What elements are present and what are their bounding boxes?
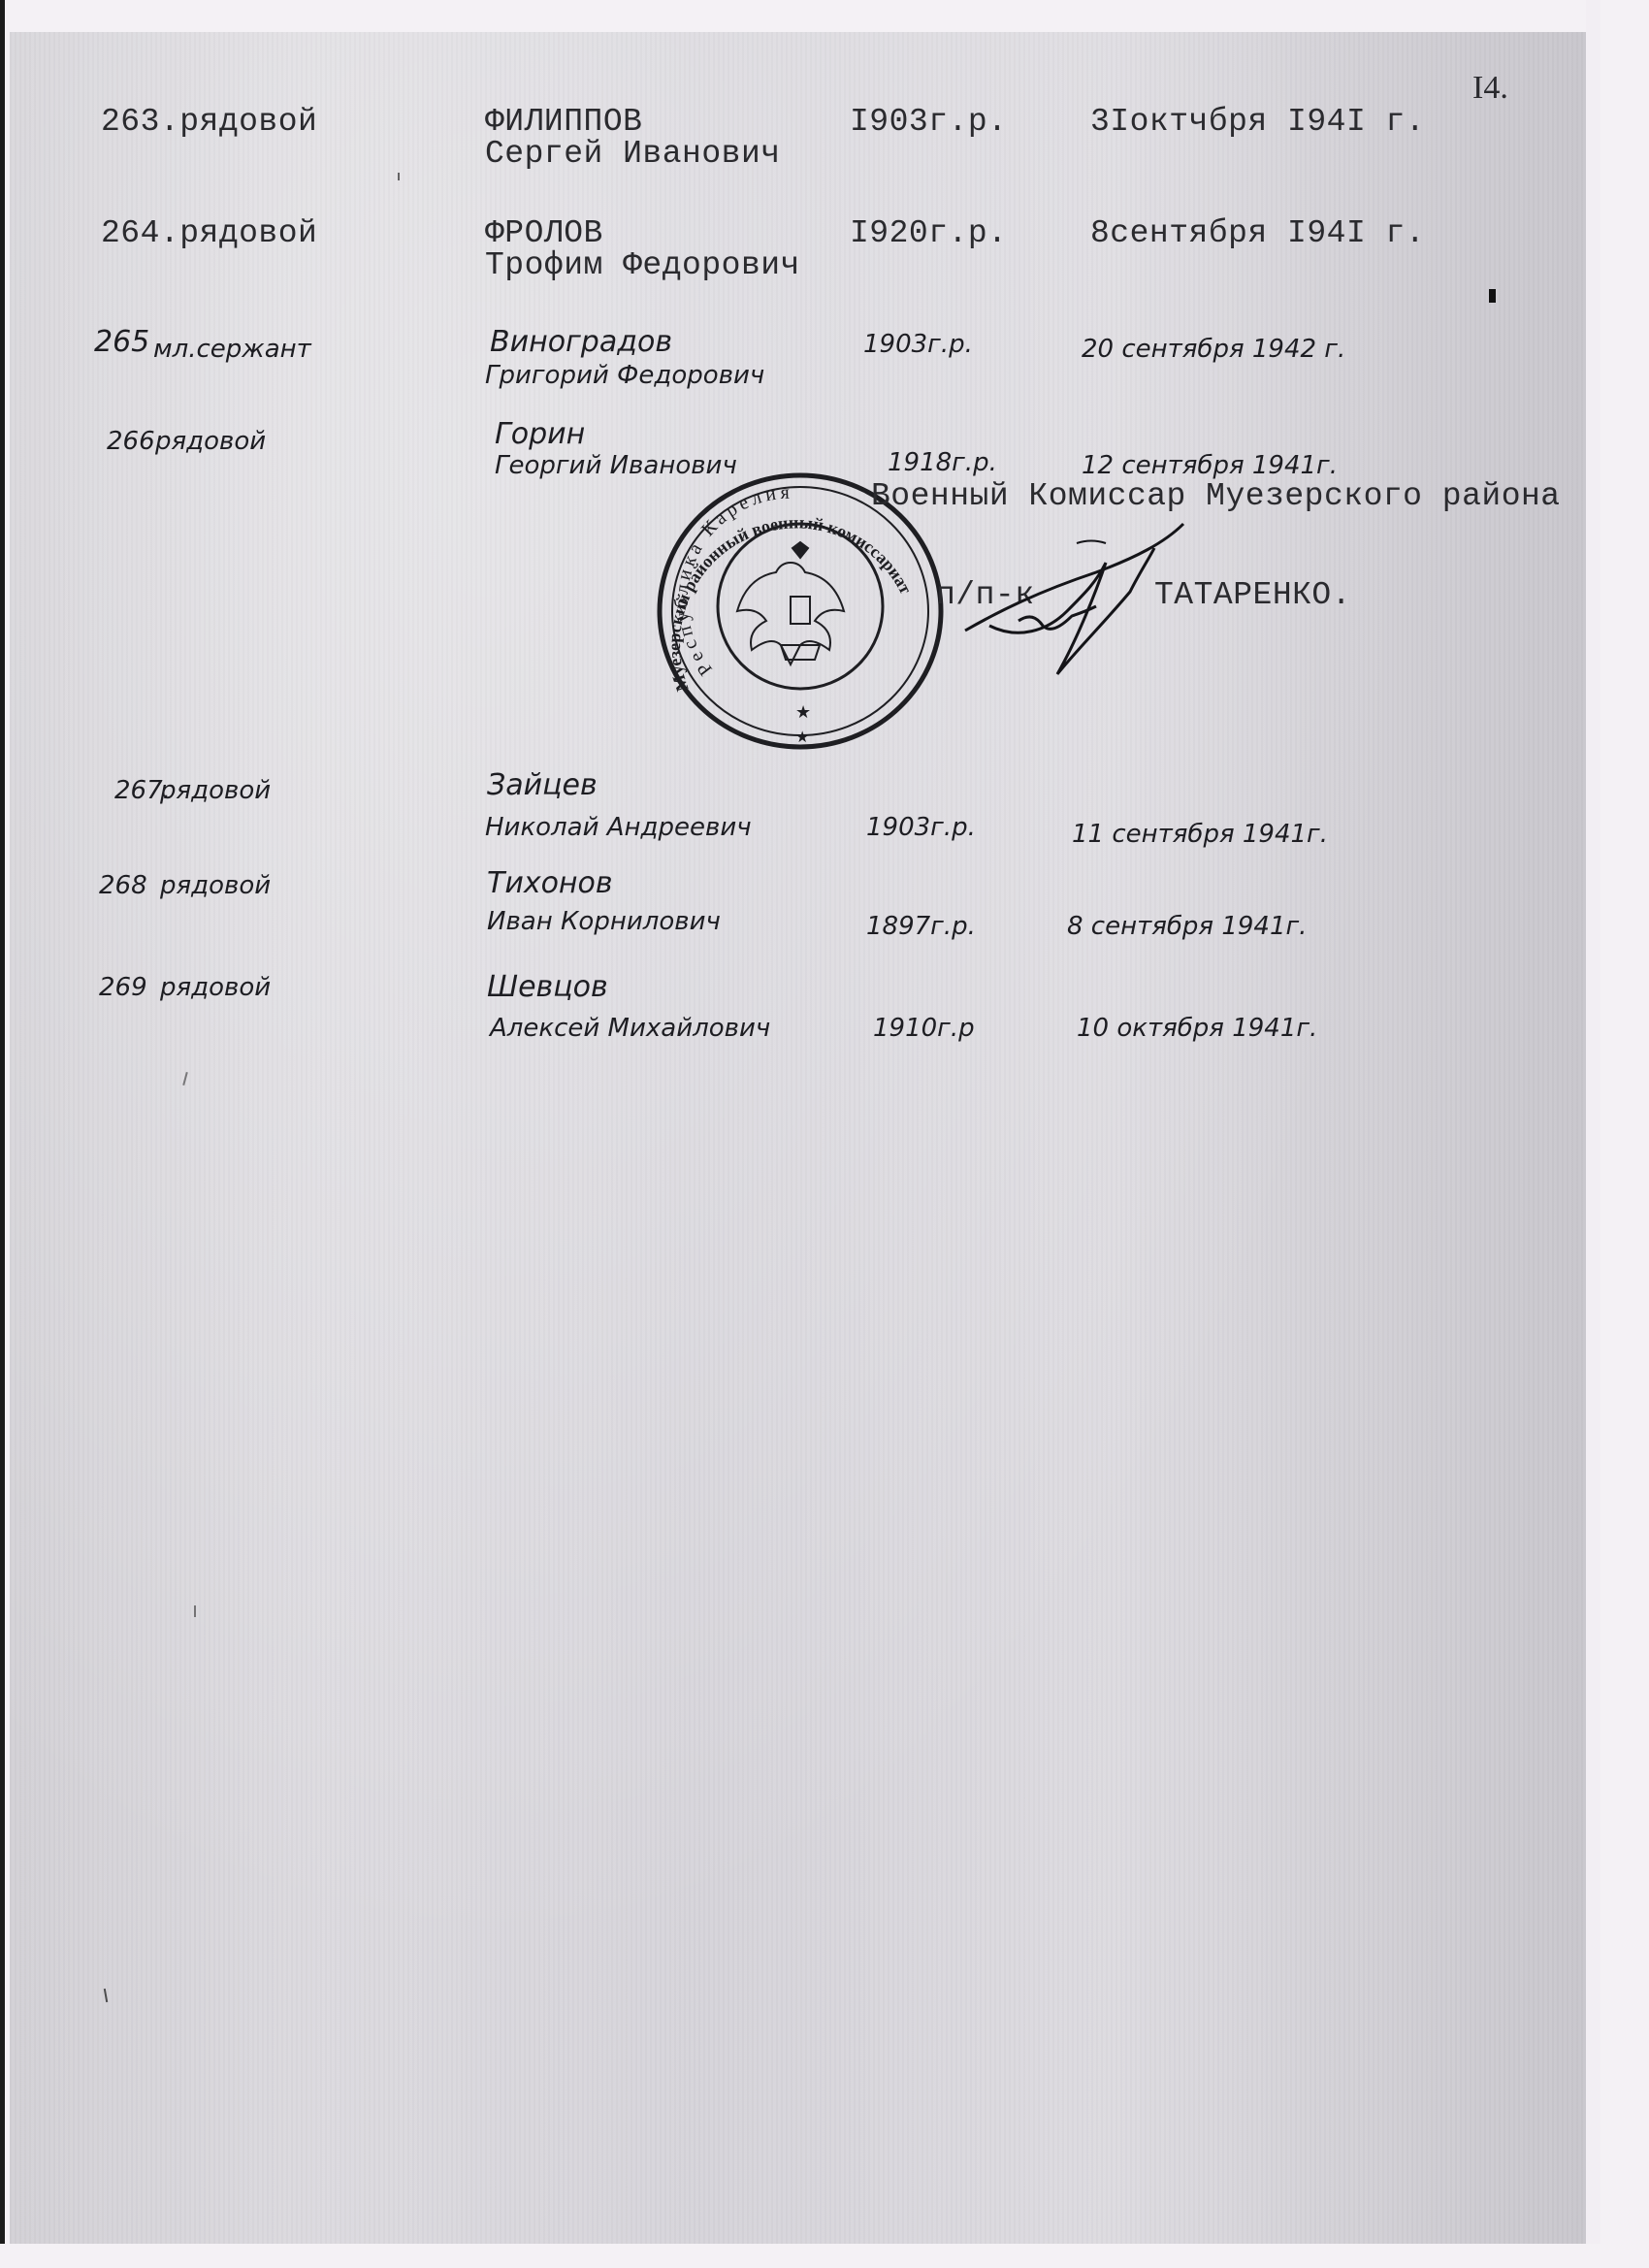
entry-266-date: 12 сентября 1941г. <box>1082 451 1338 480</box>
entry-264-surname: ФРОЛОВ <box>485 215 603 251</box>
entry-267-rank: рядовой <box>160 776 271 805</box>
entry-263-born: I903г.р. <box>850 104 1007 140</box>
stamp-inner-text: Республика Карелия <box>671 482 793 680</box>
entry-263-given: Сергей Иванович <box>485 136 781 172</box>
page-number: I4. <box>1472 70 1508 107</box>
scan-speck <box>398 173 400 180</box>
entry-267-date: 11 сентября 1941г. <box>1072 820 1328 849</box>
entry-265-num: 265 <box>94 325 149 359</box>
entry-263-surname: ФИЛИППОВ <box>485 104 642 140</box>
entry-265-born: 1903г.р. <box>863 330 973 359</box>
entry-263-date: 3Iоктчбря I94I г. <box>1090 104 1425 140</box>
entry-265-surname: Виноградов <box>490 325 672 359</box>
entry-266-given: Георгий Иванович <box>495 451 737 480</box>
star-icon: ★ <box>795 729 809 746</box>
page-margin <box>1586 0 1600 2268</box>
entry-267-surname: Зайцев <box>487 768 598 802</box>
entry-269-born: 1910г.р <box>873 1014 975 1043</box>
scan-edge <box>0 0 5 2268</box>
entry-263-num-rank: 263.рядовой <box>101 104 317 140</box>
entry-269-surname: Шевцов <box>487 970 608 1004</box>
scan-speck <box>194 1605 196 1617</box>
entry-269-given: Алексей Михайлович <box>490 1014 770 1043</box>
entry-268-born: 1897г.р. <box>866 912 976 941</box>
entry-269-rank: рядовой <box>160 973 271 1002</box>
entry-266-num: 266 <box>107 427 155 456</box>
entry-269-num: 269 <box>99 973 147 1002</box>
entry-266-surname: Горин <box>495 417 585 451</box>
entry-266-rank: рядовой <box>155 427 266 456</box>
entry-268-rank: рядовой <box>160 871 271 900</box>
entry-264-date: 8сентября I94I г. <box>1090 215 1425 251</box>
entry-265-rank: мл.сержант <box>153 335 311 364</box>
entry-268-date: 8 сентября 1941г. <box>1067 912 1307 941</box>
entry-264-born: I920г.р. <box>850 215 1007 251</box>
entry-267-born: 1903г.р. <box>866 813 976 842</box>
eagle-emblem-icon <box>737 542 844 664</box>
entry-264-given: Трофим Федорович <box>485 247 800 283</box>
scan-speck <box>1489 289 1496 303</box>
entry-268-num: 268 <box>99 871 147 900</box>
entry-266-born: 1918г.р. <box>888 448 997 477</box>
entry-267-given: Николай Андреевич <box>485 813 752 842</box>
entry-265-date: 20 сентября 1942 г. <box>1082 335 1345 364</box>
signature <box>960 504 1212 698</box>
page-margin-bottom <box>0 2244 1649 2268</box>
entry-268-given: Иван Корнилович <box>487 907 721 936</box>
star-icon: ★ <box>795 702 811 722</box>
entry-268-surname: Тихонов <box>487 866 613 900</box>
svg-text:Республика Карелия: Республика Карелия <box>671 482 793 680</box>
entry-269-date: 10 октября 1941г. <box>1077 1014 1317 1043</box>
entry-265-given: Григорий Федорович <box>485 361 764 390</box>
entry-264-num-rank: 264.рядовой <box>101 215 317 251</box>
document-page <box>10 32 1586 2244</box>
